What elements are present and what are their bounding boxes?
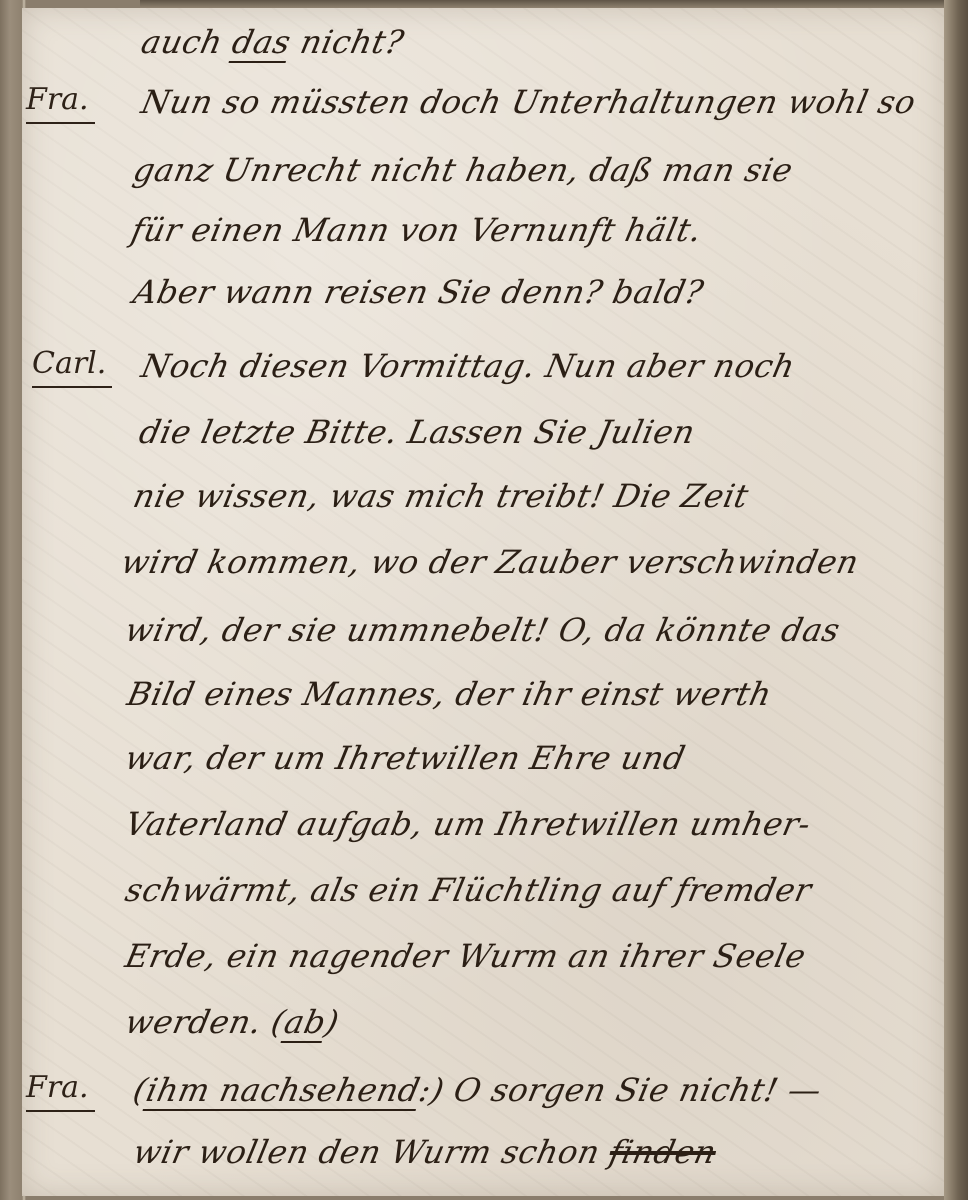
- line-text: die letzte Bitte. Lassen Sie Julien: [135, 410, 928, 454]
- manuscript-line: schwärmt, als ein Flüchtling auf fremder: [22, 868, 944, 928]
- manuscript-line: nie wissen, was mich treibt! Die Zeit: [22, 474, 944, 534]
- manuscript-line: die letzte Bitte. Lassen Sie Julien: [22, 410, 944, 470]
- manuscript-line: wir wollen den Wurm schon finden: [22, 1130, 944, 1190]
- line-text: für einen Mann von Vernunft hält.: [127, 208, 928, 252]
- line-text: Bild eines Mannes, der ihr einst werth: [123, 672, 928, 716]
- manuscript-line: auch das nicht?: [22, 20, 944, 80]
- manuscript-line: für einen Mann von Vernunft hält.: [22, 208, 944, 268]
- line-text: Vaterland aufgab, um Ihretwillen umher-: [121, 802, 928, 846]
- line-text: auch das nicht?: [137, 20, 928, 64]
- manuscript-line: Vaterland aufgab, um Ihretwillen umher-: [22, 802, 944, 862]
- manuscript-line: Fra. (ihm nachsehend:) O sorgen Sie nich…: [22, 1068, 944, 1128]
- manuscript-page: auch das nicht? Fra. Nun so müssten doch…: [22, 8, 946, 1196]
- manuscript-scan: auch das nicht? Fra. Nun so müssten doch…: [0, 0, 968, 1200]
- manuscript-line: war, der um Ihretwillen Ehre und: [22, 736, 944, 796]
- speaker-label: Fra.: [26, 80, 95, 124]
- manuscript-line: Carl. Noch diesen Vormittag. Nun aber no…: [22, 344, 944, 404]
- manuscript-line: wird kommen, wo der Zauber verschwinden: [22, 540, 944, 600]
- line-text: Erde, ein nagender Wurm an ihrer Seele: [121, 934, 928, 978]
- manuscript-line: Bild eines Mannes, der ihr einst werth: [22, 672, 944, 732]
- manuscript-line: Erde, ein nagender Wurm an ihrer Seele: [22, 934, 944, 994]
- line-text: nie wissen, was mich treibt! Die Zeit: [129, 474, 928, 518]
- speaker-label: Carl.: [32, 344, 112, 388]
- line-text: schwärmt, als ein Flüchtling auf fremder: [121, 868, 928, 912]
- manuscript-line: werden. (ab): [22, 1000, 944, 1060]
- line-text: wird kommen, wo der Zauber verschwinden: [117, 540, 928, 584]
- line-text: ganz Unrecht nicht haben, daß man sie: [129, 148, 928, 192]
- manuscript-line: Aber wann reisen Sie denn? bald?: [22, 270, 944, 330]
- line-text: Aber wann reisen Sie denn? bald?: [129, 270, 928, 314]
- line-text: wird, der sie ummnebelt! O, da könnte da…: [121, 608, 928, 652]
- manuscript-line: wird, der sie ummnebelt! O, da könnte da…: [22, 608, 944, 668]
- speaker-label: Fra.: [26, 1068, 95, 1112]
- manuscript-line: ganz Unrecht nicht haben, daß man sie: [22, 148, 944, 208]
- line-text: wir wollen den Wurm schon finden: [129, 1130, 928, 1174]
- line-text: (ihm nachsehend:) O sorgen Sie nicht! —: [129, 1068, 928, 1112]
- line-text: Nun so müssten doch Unterhaltungen wohl …: [137, 80, 928, 124]
- binding-edge: [944, 0, 968, 1200]
- line-text: werden. (ab): [121, 1000, 928, 1044]
- line-text: Noch diesen Vormittag. Nun aber noch: [137, 344, 928, 388]
- line-text: war, der um Ihretwillen Ehre und: [121, 736, 928, 780]
- manuscript-line: Fra. Nun so müssten doch Unterhaltungen …: [22, 80, 944, 140]
